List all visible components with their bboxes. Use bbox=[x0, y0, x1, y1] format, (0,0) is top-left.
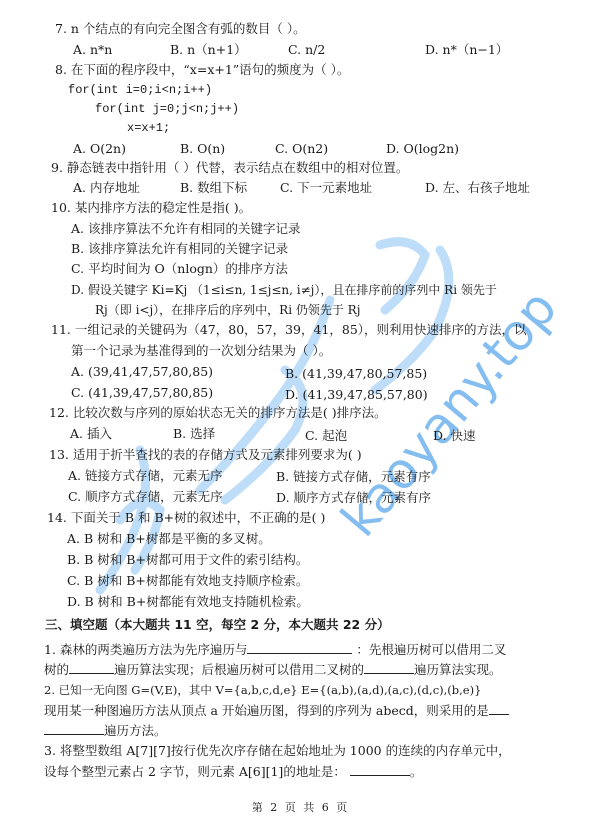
q11-option-b: B. (41,39,47,80,57,85) bbox=[285, 366, 427, 382]
q8-option-c: C. O(n2) bbox=[275, 141, 328, 157]
q14-option-a: A. B 树和 B+树都是平衡的多叉树。 bbox=[67, 531, 271, 547]
q8-code-line-1: for(int i=0;i<n;i++) bbox=[68, 82, 212, 98]
q13-option-b: B. 链接方式存储，元素有序 bbox=[276, 469, 431, 485]
q12-option-b: B. 选择 bbox=[173, 426, 215, 442]
q9-option-a: A. 内存地址 bbox=[73, 180, 140, 196]
fill-1-text-c: 树的 bbox=[44, 662, 69, 677]
q14-option-d: D. B 树和 B+树都能有效地支持随机检索。 bbox=[67, 594, 309, 610]
fill-2-line-2: 现用某一种图遍历方法从顶点 a 开始遍历图，得到的序列为 abecd，则采用的是 bbox=[44, 702, 509, 719]
q12-stem: 12. 比较次数与序列的原始状态无关的排序方法是( )排序法。 bbox=[49, 405, 387, 421]
fill-2-line-3: 遍历方法。 bbox=[44, 722, 167, 739]
q9-stem: 9. 静态链表中指针用（ ）代替，表示结点在数组中的相对位置。 bbox=[51, 160, 408, 176]
fill-3-blank-1[interactable] bbox=[350, 763, 410, 776]
fill-2-blank-1b[interactable] bbox=[44, 722, 104, 735]
fill-2-text-c: 遍历方法。 bbox=[104, 723, 167, 738]
fill-1-blank-2[interactable] bbox=[69, 661, 114, 674]
q7-option-b: B. n（n+1） bbox=[170, 42, 247, 58]
q11-option-d: D. (41,39,47,85,57,80) bbox=[285, 387, 428, 403]
q8-code-line-3: x=x+1; bbox=[127, 120, 170, 136]
q8-stem: 8. 在下面的程序段中，“x=x+1”语句的频度为（ ）。 bbox=[55, 62, 349, 78]
q10-option-d-cont: Rj（即 i<j），在排序后的序列中，Ri 仍领先于 Rj bbox=[95, 302, 360, 318]
q8-option-b: B. O(n) bbox=[180, 141, 225, 157]
q14-option-c: C. B 树和 B+树都能有效地支持顺序检索。 bbox=[67, 573, 308, 589]
q13-stem: 13. 适用于折半查找的表的存储方式及元素排列要求为( ) bbox=[49, 447, 362, 463]
fill-1-text-b: ：先根遍历树可以借用二叉 bbox=[356, 642, 506, 657]
q12-option-d: D. 快速 bbox=[433, 428, 476, 444]
q11-stem: 11. 一组记录的关键码为（47，80，57，39，41，85），则利用快速排序… bbox=[51, 322, 527, 338]
fill-1-text-e: 遍历算法实现。 bbox=[414, 662, 502, 677]
q12-option-c: C. 起泡 bbox=[305, 428, 347, 444]
q14-stem: 14. 下面关于 B 和 B+树的叙述中，不正确的是( ) bbox=[47, 510, 325, 526]
q13-option-c: C. 顺序方式存储，元素无序 bbox=[68, 489, 223, 505]
q10-option-c: C. 平均时间为 O（nlogn）的排序方法 bbox=[71, 261, 288, 277]
q7-option-d: D. n*（n−1） bbox=[425, 42, 508, 58]
fill-1-blank-1[interactable] bbox=[247, 641, 352, 654]
fill-1-blank-3[interactable] bbox=[364, 661, 414, 674]
q10-option-d: D. 假设关键字 Ki=Kj （1≤i≤n, 1≤j≤n, i≠j），且在排序前… bbox=[71, 282, 497, 298]
q13-option-a: A. 链接方式存储，元素无序 bbox=[68, 468, 222, 484]
q11-option-a: A. (39,41,47,57,80,85) bbox=[71, 364, 213, 380]
section-3-title: 三、填空题（本大题共 11 空，每空 2 分，本大题共 22 分） bbox=[45, 617, 390, 633]
q9-option-c: C. 下一元素地址 bbox=[280, 180, 372, 196]
q8-option-a: A. O(2n) bbox=[73, 141, 126, 157]
q11-option-c: C. (41,39,47,57,80,85) bbox=[71, 385, 213, 401]
exam-page: kaoyany.top 7. n 个结点的有向完全图含有弧的数目（ ）。 A. … bbox=[0, 0, 601, 829]
fill-1-line-2: 树的遍历算法实现；后根遍历树可以借用二叉树的遍历算法实现。 bbox=[44, 661, 502, 678]
q10-option-a: A. 该排序算法不允许有相同的关键字记录 bbox=[71, 221, 300, 237]
q8-code-line-2: for(int j=0;j<n;j++) bbox=[95, 101, 239, 117]
q13-option-d: D. 顺序方式存储，元素有序 bbox=[276, 490, 431, 506]
q7-stem: 7. n 个结点的有向完全图含有弧的数目（ ）。 bbox=[55, 21, 306, 37]
q9-option-b: B. 数组下标 bbox=[180, 180, 247, 196]
fill-1-line-1: 1. 森林的两类遍历方法为先序遍历与 ：先根遍历树可以借用二叉 bbox=[44, 641, 506, 658]
q14-option-b: B. B 树和 B+树都可用于文件的索引结构。 bbox=[67, 552, 308, 568]
fill-2-blank-1a[interactable] bbox=[489, 702, 509, 715]
q10-option-b: B. 该排序算法允许有相同的关键字记录 bbox=[71, 241, 288, 257]
q12-option-a: A. 插入 bbox=[70, 426, 112, 442]
fill-3-line-2: 设每个整型元素占 2 字节，则元素 A[6][1]的地址是： 。 bbox=[44, 763, 422, 780]
fill-1-text-a: 1. 森林的两类遍历方法为先序遍历与 bbox=[44, 642, 247, 657]
fill-1-text-d: 遍历算法实现；后根遍历树可以借用二叉树的 bbox=[114, 662, 364, 677]
fill-3-line-1: 3. 将整型数组 A[7][7]按行优先次序存储在起始地址为 1000 的连续的… bbox=[44, 743, 511, 759]
q10-stem: 10. 某内排序方法的稳定性是指( )。 bbox=[51, 200, 251, 216]
page-number-footer: 第 2 页 共 6 页 bbox=[0, 799, 601, 815]
q7-option-a: A. n*n bbox=[73, 42, 112, 58]
fill-2-text-b: 现用某一种图遍历方法从顶点 a 开始遍历图，得到的序列为 abecd，则采用的是 bbox=[44, 703, 489, 718]
q9-option-d: D. 左、右孩子地址 bbox=[425, 180, 530, 196]
fill-2-line-1: 2. 已知一无向图 G=(V,E)，其中 V={a,b,c,d,e} E={(a… bbox=[44, 682, 481, 698]
q8-option-d: D. O(log2n) bbox=[386, 141, 459, 157]
q11-stem-cont: 第一个记录为基准得到的一次划分结果为（ ）。 bbox=[71, 343, 331, 359]
fill-3-text-b: 设每个整型元素占 2 字节，则元素 A[6][1]的地址是： bbox=[44, 764, 346, 779]
fill-3-text-c: 。 bbox=[410, 764, 423, 779]
q7-option-c: C. n/2 bbox=[288, 42, 325, 58]
